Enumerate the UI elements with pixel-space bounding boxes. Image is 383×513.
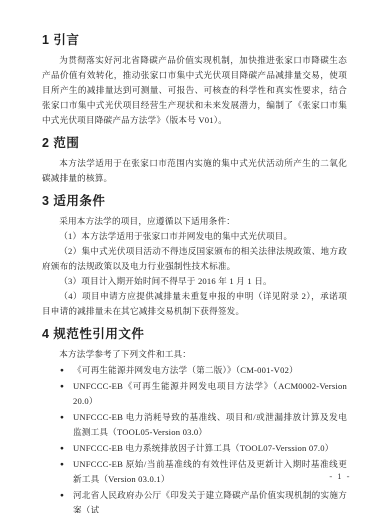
reference-item: ● 《可再生能源并网发电方法学（第二版）》（CM-001-V02） — [60, 363, 347, 378]
bullet-icon: ● — [60, 457, 73, 487]
applicability-intro: 采用本方法学的项目，应遵循以下适用条件： — [42, 214, 347, 229]
section-heading-applicability: 3 适用条件 — [42, 194, 347, 209]
applicability-condition-1: （1）本方法学适用于张家口市并网发电的集中式光伏项目。 — [42, 229, 347, 244]
reference-text: UNFCCC-EB《可再生能源并网发电项目方法学》（ACM0002-Versio… — [73, 379, 347, 409]
section-heading-introduction: 1 引言 — [42, 33, 347, 48]
reference-item: ● UNFCCC-EB 原始/当前基准线的有效性评估及更新计入期时基准线更新工具… — [60, 457, 347, 487]
reference-text: UNFCCC-EB 电力消耗导致的基准线、项目和/或泄漏排放计算及发电监测工具（… — [73, 410, 347, 440]
document-page: 1 引言 为贯彻落实好河北省降碳产品价值实现机制，加快推进张家口市降碳生态产品价… — [0, 0, 383, 513]
bullet-icon: ● — [60, 488, 73, 513]
reference-item: ● UNFCCC-EB《可再生能源并网发电项目方法学》（ACM0002-Vers… — [60, 379, 347, 409]
section-introduction: 1 引言 为贯彻落实好河北省降碳产品价值实现机制，加快推进张家口市降碳生态产品价… — [42, 33, 347, 128]
reference-item: ● UNFCCC-EB 电力系统排放因子计算工具（TOOL07-Verssion… — [60, 441, 347, 456]
reference-text: UNFCCC-EB 电力系统排放因子计算工具（TOOL07-Verssion 0… — [73, 441, 347, 456]
bullet-icon: ● — [60, 441, 73, 456]
page-number: - 1 - — [329, 471, 351, 481]
reference-item: ● UNFCCC-EB 电力消耗导致的基准线、项目和/或泄漏排放计算及发电监测工… — [60, 410, 347, 440]
references-intro: 本方法学参考了下列文件和工具： — [42, 347, 347, 362]
scope-paragraph: 本方法学适用于在张家口市范围内实施的集中式光伏活动所产生的二氧化碳减排量的核算。 — [42, 156, 347, 186]
section-scope: 2 范围 本方法学适用于在张家口市范围内实施的集中式光伏活动所产生的二氧化碳减排… — [42, 136, 347, 186]
introduction-paragraph: 为贯彻落实好河北省降碳产品价值实现机制，加快推进张家口市降碳生态产品价值有效转化… — [42, 53, 347, 128]
reference-text: 《可再生能源并网发电方法学（第二版）》（CM-001-V02） — [73, 363, 347, 378]
applicability-condition-4: （4）项目申请方应提供减排量未重复申报的申明（详见附录 2），承诺项目申请的减排… — [42, 289, 347, 319]
section-applicability: 3 适用条件 采用本方法学的项目，应遵循以下适用条件： （1）本方法学适用于张家… — [42, 194, 347, 319]
bullet-icon: ● — [60, 410, 73, 440]
reference-text: UNFCCC-EB 原始/当前基准线的有效性评估及更新计入期时基准线更新工具（V… — [73, 457, 347, 487]
reference-text: 河北省人民政府办公厅《印发关于建立降碳产品价值实现机制的实施方案（试 — [73, 488, 347, 513]
section-normative-references: 4 规范性引用文件 本方法学参考了下列文件和工具： ● 《可再生能源并网发电方法… — [42, 327, 347, 513]
bullet-icon: ● — [60, 379, 73, 409]
references-list: ● 《可再生能源并网发电方法学（第二版）》（CM-001-V02） ● UNFC… — [42, 363, 347, 513]
applicability-condition-2: （2）集中式光伏项目活动不得违反国家颁布的相关法律法规政策、地方政府颁布的法规政… — [42, 244, 347, 274]
applicability-condition-3: （3）项目计入期开始时间不得早于 2016 年 1 月 1 日。 — [42, 274, 347, 289]
bullet-icon: ● — [60, 363, 73, 378]
reference-item: ● 河北省人民政府办公厅《印发关于建立降碳产品价值实现机制的实施方案（试 — [60, 488, 347, 513]
section-heading-scope: 2 范围 — [42, 136, 347, 151]
section-heading-normative-references: 4 规范性引用文件 — [42, 327, 347, 342]
